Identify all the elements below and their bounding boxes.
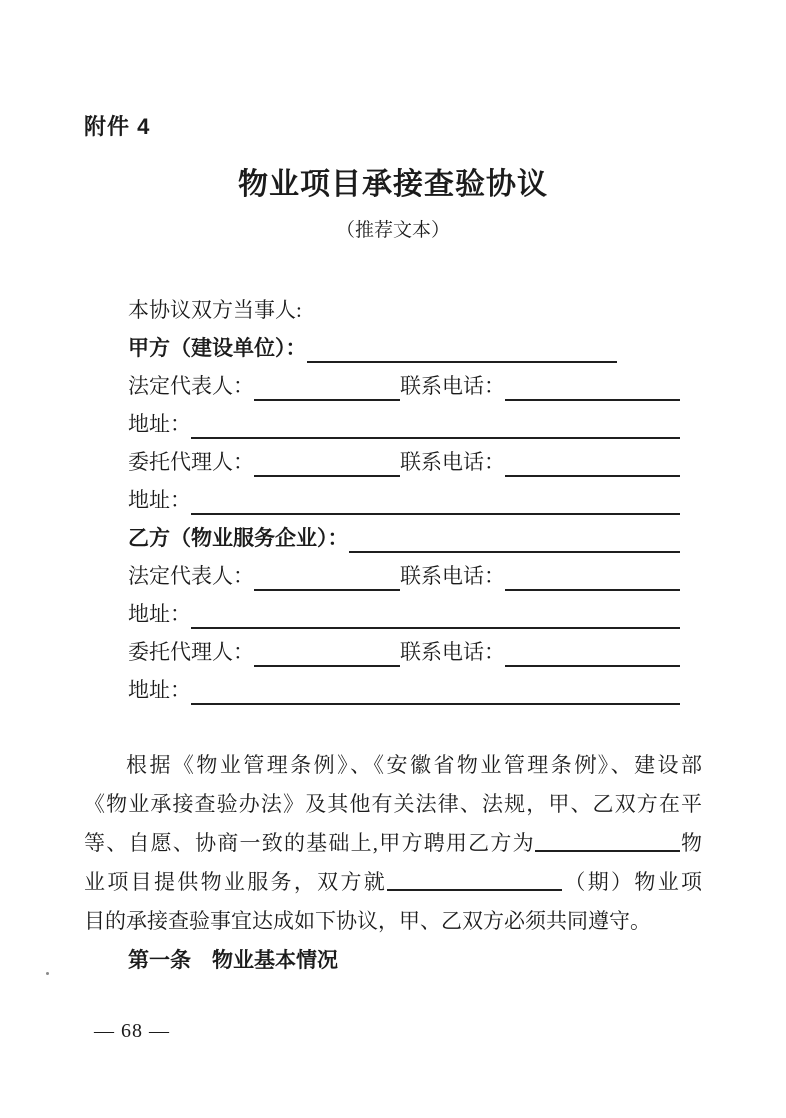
paragraph-text: （期）物业项 (562, 870, 702, 894)
form-row-party-b-address: 地址： (128, 592, 680, 630)
fill-blank-project-phase (387, 871, 562, 891)
agent-label: 委托代理人： (128, 642, 254, 663)
form-row-party-b-legal-rep: 法定代表人： 联系电话： (128, 554, 680, 592)
form-row-party-a-agent: 委托代理人： 联系电话： (128, 440, 680, 478)
blank-line-phone (505, 645, 680, 667)
form-row-party-a: 甲方（建设单位）： (128, 326, 680, 364)
form-intro-label: 本协议双方当事人: (128, 300, 302, 321)
phone-label: 联系电话： (400, 566, 505, 587)
legal-rep-label: 法定代表人： (128, 376, 254, 397)
party-a-label: 甲方（建设单位）： (128, 338, 307, 359)
scan-speck (592, 757, 596, 760)
contract-preamble-paragraph: 根据《物业管理条例》、《安徽省物业管理条例》、建设部 《物业承接查验办法》及其他… (84, 746, 702, 941)
address-label: 地址： (128, 680, 191, 701)
paragraph-text: 业项目提供物业服务，双方就 (84, 870, 387, 894)
address-label: 地址： (128, 414, 191, 435)
blank-line-address (191, 683, 680, 705)
scanned-document-page: 附件 4 物业项目承接查验协议 （推荐文本） 本协议双方当事人: 甲方（建设单位… (0, 0, 786, 1118)
fill-blank-hired-as (535, 832, 680, 852)
paragraph-line: 目的承接查验事宜达成如下协议，甲、乙双方必须共同遵守。 (84, 902, 702, 941)
address-label: 地址： (128, 490, 191, 511)
blank-line-legal-rep (254, 569, 400, 591)
form-row-party-a-legal-rep: 法定代表人： 联系电话： (128, 364, 680, 402)
blank-line-party-a (307, 341, 617, 363)
attachment-label: 附件 4 (84, 112, 702, 142)
blank-line-phone (505, 569, 680, 591)
blank-line-address (191, 607, 680, 629)
form-row-intro: 本协议双方当事人: (128, 288, 680, 326)
blank-line-legal-rep (254, 379, 400, 401)
blank-line-address (191, 417, 680, 439)
document-content: 附件 4 物业项目承接查验协议 （推荐文本） 本协议双方当事人: 甲方（建设单位… (0, 0, 786, 980)
phone-label: 联系电话： (400, 452, 505, 473)
paragraph-line: 《物业承接查验办法》及其他有关法律、法规，甲、乙双方在平 (84, 785, 702, 824)
form-row-party-b: 乙方（物业服务企业）： (128, 516, 680, 554)
scan-speck (46, 972, 49, 975)
paragraph-text: 物 (680, 831, 702, 855)
form-row-party-b-agent: 委托代理人： 联系电话： (128, 630, 680, 668)
document-subtitle: （推荐文本） (84, 216, 702, 246)
blank-line-address (191, 493, 680, 515)
blank-line-agent (254, 645, 400, 667)
paragraph-line: 等、自愿、协商一致的基础上,甲方聘用乙方为物 (84, 824, 702, 863)
blank-line-agent (254, 455, 400, 477)
party-b-label: 乙方（物业服务企业）： (128, 528, 349, 549)
form-row-party-a-agent-address: 地址： (128, 478, 680, 516)
blank-line-party-b (349, 531, 681, 553)
phone-label: 联系电话： (400, 376, 505, 397)
page-number: — 68 — (94, 1018, 170, 1044)
address-label: 地址： (128, 604, 191, 625)
form-row-party-b-agent-address: 地址： (128, 668, 680, 706)
phone-label: 联系电话： (400, 642, 505, 663)
section-heading-article-1: 第一条 物业基本情况 (84, 941, 702, 980)
document-title: 物业项目承接查验协议 (84, 164, 702, 206)
paragraph-line: 根据《物业管理条例》、《安徽省物业管理条例》、建设部 (84, 746, 702, 785)
paragraph-text: 等、自愿、协商一致的基础上,甲方聘用乙方为 (84, 831, 535, 855)
parties-form-section: 本协议双方当事人: 甲方（建设单位）： 法定代表人： 联系电话： 地址： 委托代… (128, 288, 680, 706)
form-row-party-a-address: 地址： (128, 402, 680, 440)
agent-label: 委托代理人： (128, 452, 254, 473)
blank-line-phone (505, 379, 680, 401)
legal-rep-label: 法定代表人： (128, 566, 254, 587)
blank-line-phone (505, 455, 680, 477)
paragraph-line: 业项目提供物业服务，双方就（期）物业项 (84, 863, 702, 902)
